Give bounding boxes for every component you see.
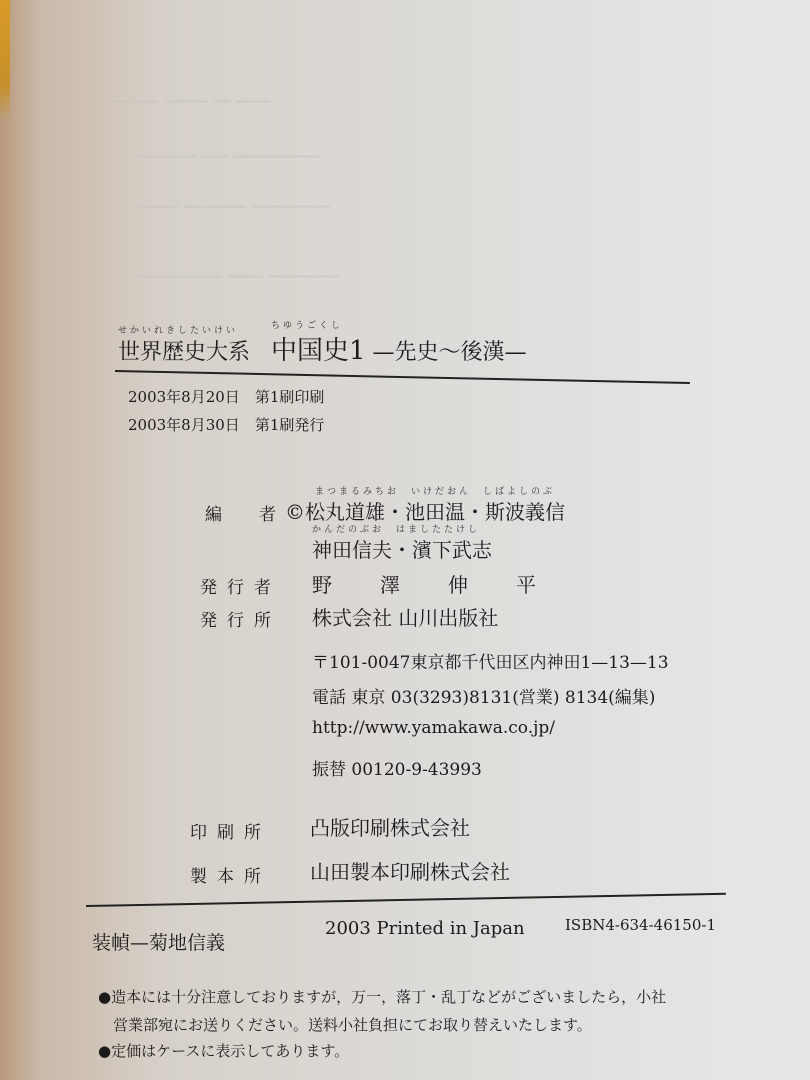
bleed-through-text: ━━━━━━━━━━ ━━━━ ━━━━━━━━ bbox=[135, 270, 339, 285]
isbn: ISBN4-634-46150-1 bbox=[565, 916, 716, 934]
design-credit: 装幀—菊地信義 bbox=[92, 928, 225, 955]
book-title: 中国史1 bbox=[271, 336, 366, 366]
printed-in: 2003 Printed in Japan bbox=[325, 918, 525, 939]
printing-1: 2003年8月20日 第1刷印刷 bbox=[128, 386, 324, 407]
bleed-through-text: ━━━━━ ━━━━━━━ ━━━━━━━━━ bbox=[135, 200, 331, 215]
printer-name: 凸版印刷株式会社 bbox=[310, 812, 470, 841]
publisher-url: http://www.yamakawa.co.jp/ bbox=[312, 718, 555, 738]
publisher-phone: 電話 東京 03(3293)8131(営業) 8134(編集) bbox=[312, 683, 655, 708]
book-subtitle: —先史〜後漢— bbox=[373, 340, 527, 365]
publisher-person-label: 発行者 bbox=[200, 573, 281, 598]
publisher-transfer: 振替 00120-9-43993 bbox=[312, 755, 482, 780]
publisher-name: 株式会社 山川出版社 bbox=[312, 602, 498, 631]
printer-label: 印刷所 bbox=[190, 818, 271, 843]
note-1: ●造本には十分注意しておりますが，万一，落丁・乱丁などがございましたら，小社 bbox=[98, 986, 666, 1007]
note-2: 営業部宛にお送りください。送料小社負担にてお取り替えいたします。 bbox=[113, 1014, 592, 1035]
binder-label: 製本所 bbox=[190, 862, 271, 887]
bleed-through-text: ━━━━━━━ ━━━ ━━━━━━━━━━ bbox=[135, 150, 322, 165]
publisher-address: 〒101-0047東京都千代田区内神田1—13—13 bbox=[312, 648, 669, 673]
editors-line1: まつまるみちお いけだおん しばよしのぶ©松丸道雄・池田温・斯波義信 bbox=[285, 496, 565, 525]
divider bbox=[115, 370, 690, 384]
binder-name: 山田製本印刷株式会社 bbox=[310, 856, 510, 885]
divider bbox=[86, 893, 726, 907]
editors-label: 編 者 bbox=[205, 500, 286, 525]
book-title-line: せかいれきしたいけい世界歴史大系 ちゆうごくし中国史1 —先史〜後漢— bbox=[118, 330, 527, 367]
publisher-person: 野 澤 伸 平 bbox=[312, 569, 550, 598]
series-title: 世界歴史大系 bbox=[118, 340, 250, 365]
note-3: ●定価はケースに表示してあります。 bbox=[98, 1040, 349, 1061]
bleed-through-text: ━━ ━━━ ━━━━━ ━━ ━━━━ bbox=[110, 95, 272, 110]
printing-2: 2003年8月30日 第1刷発行 bbox=[128, 414, 324, 435]
editors-line2: かんだのぶお はましたたけし神田信夫・濱下武志 bbox=[312, 534, 492, 563]
publisher-label: 発行所 bbox=[200, 606, 281, 631]
book-edge bbox=[0, 0, 10, 120]
